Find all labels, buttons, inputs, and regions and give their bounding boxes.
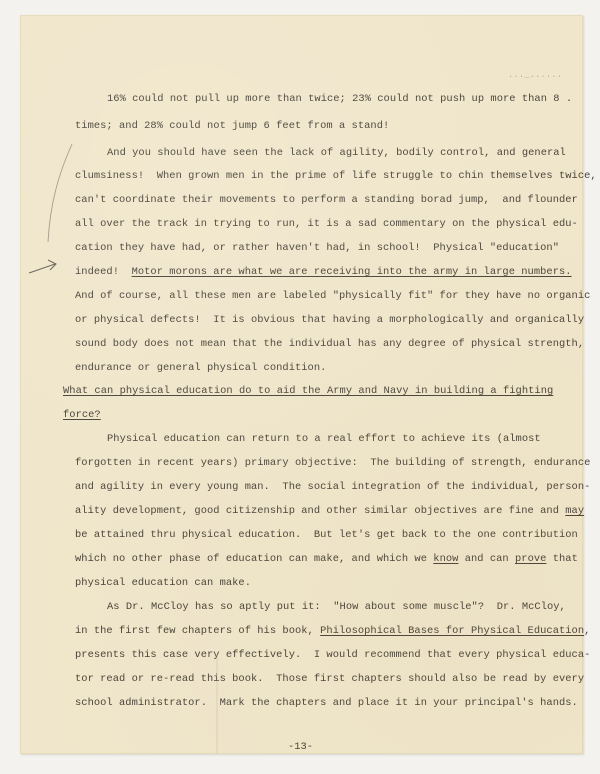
text-indeed: indeed! <box>75 266 132 278</box>
text-line-16: ality development, good citizenship and … <box>75 505 584 517</box>
text-line-2: times; and 28% could not jump 6 feet fro… <box>75 120 389 132</box>
text-line-5: can't coordinate their movements to perf… <box>75 194 578 206</box>
text-line-21: in the first few chapters of his book, P… <box>75 625 590 637</box>
text-line-19: physical education can make. <box>75 577 251 589</box>
text-line-22: presents this case very effectively. I w… <box>75 649 590 661</box>
underlined-motor-morons: Motor morons are what we are receiving i… <box>132 266 572 278</box>
text-line-23: tor read or re-read this book. Those fir… <box>75 673 584 685</box>
text-line-10: or physical defects! It is obvious that … <box>75 314 584 326</box>
text-line-17: be attained thru physical education. But… <box>75 529 578 541</box>
text-line-18: which no other phase of education can ma… <box>75 553 578 565</box>
document-page: ..._...... 16% could not pull up more th… <box>20 15 583 754</box>
text-line-20: As Dr. McCloy has so aptly put it: "How … <box>107 601 566 613</box>
text-line-4: clumsiness! When grown men in the prime … <box>75 170 597 182</box>
text-segment: in the first few chapters of his book, <box>75 625 320 637</box>
text-line-3: And you should have seen the lack of agi… <box>107 147 566 159</box>
text-segment: which no other phase of education can ma… <box>75 553 433 565</box>
text-line-13: Physical education can return to a real … <box>107 433 541 445</box>
text-line-24: school administrator. Mark the chapters … <box>75 697 578 709</box>
text-line-12: endurance or general physical condition. <box>75 362 326 374</box>
text-segment: , <box>584 625 590 637</box>
text-line-1: 16% could not pull up more than twice; 2… <box>107 93 572 105</box>
section-heading-line-1: What can physical education do to aid th… <box>63 385 553 397</box>
text-line-15: and agility in every young man. The soci… <box>75 481 590 493</box>
underlined-may: may <box>565 505 584 517</box>
text-line-9: And of course, all these men are labeled… <box>75 290 590 302</box>
underlined-book-title: Philosophical Bases for Physical Educati… <box>320 625 584 637</box>
text-line-6: all over the track in trying to run, it … <box>75 218 578 230</box>
section-heading-line-2: force? <box>63 409 101 421</box>
text-line-14: forgotten in recent years) primary objec… <box>75 457 590 469</box>
text-segment: that <box>546 553 577 565</box>
underlined-prove: prove <box>515 553 546 565</box>
text-line-8: indeed! Motor morons are what we are rec… <box>75 266 572 278</box>
underlined-know: know <box>433 553 458 565</box>
faint-header-mark: ..._...... <box>508 70 562 80</box>
page-number: -13- <box>288 741 313 753</box>
text-line-7: cation they have had, or rather haven't … <box>75 242 559 254</box>
text-segment: and can <box>458 553 515 565</box>
text-line-11: sound body does not mean that the indivi… <box>75 338 584 350</box>
text-segment: ality development, good citizenship and … <box>75 505 565 517</box>
